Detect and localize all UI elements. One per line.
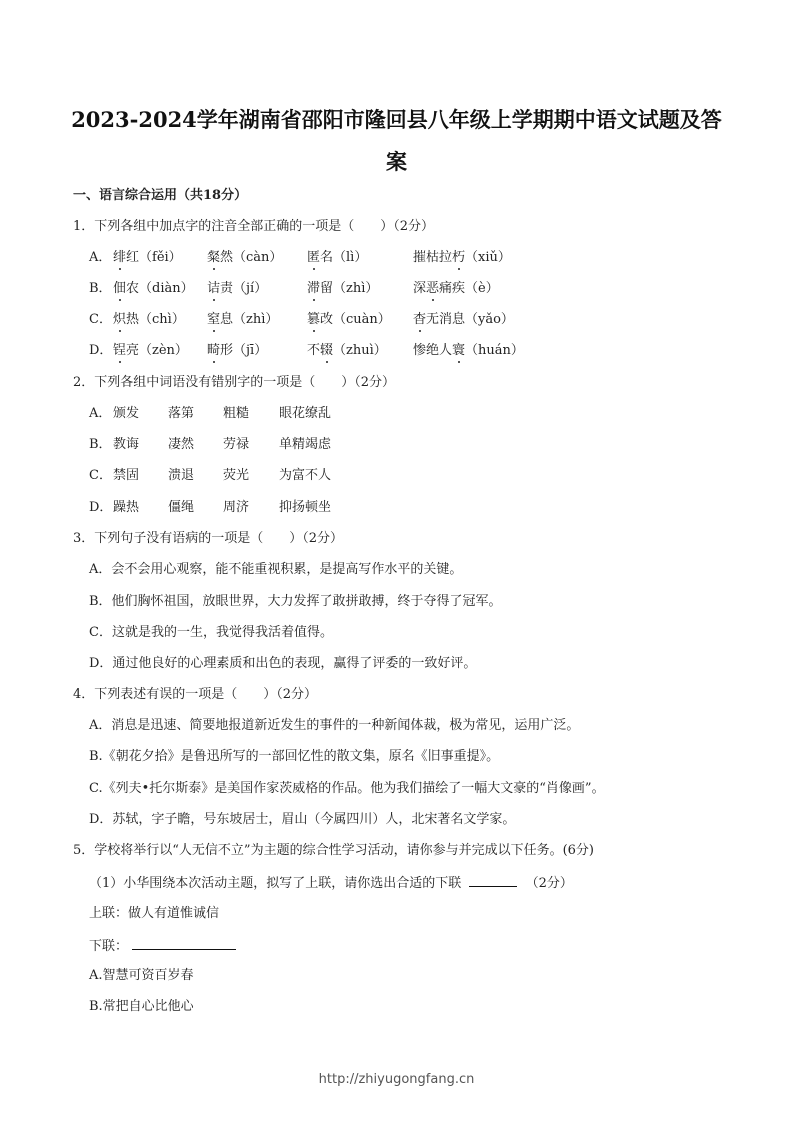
emphasis-dot-char: 朽	[452, 250, 465, 266]
couplet-option-a: A.智慧可资百岁春	[89, 968, 194, 984]
question-1-option-label: D．	[89, 343, 112, 359]
question-1-option-item: 绯红（fěi）	[113, 250, 182, 266]
question-2-option-word: 劳禄	[223, 437, 249, 453]
question-2-option-word: 禁固	[113, 468, 139, 484]
question-1-option-item: 惨绝人寰（huán）	[413, 343, 524, 359]
question-1-option-item: 不辍（zhuì）	[307, 343, 387, 359]
question-1-option-item: 深恶痛疾（è）	[413, 281, 499, 297]
document-title-line2: 案	[0, 146, 793, 176]
question-4-option-a: A．消息是迅速、简要地报道新近发生的事件的一种新闻体裁，极为常见，运用广泛。	[89, 718, 579, 734]
question-2-option-label: A．	[89, 406, 111, 422]
question-1-option-item: 滞留（zhì）	[307, 281, 378, 297]
emphasis-dot-char: 窒	[207, 312, 220, 328]
emphasis-dot-char: 寰	[452, 343, 465, 359]
emphasis-dot-char: 诘	[207, 281, 220, 297]
question-2-option-word: 教诲	[113, 437, 139, 453]
question-1-option-item: 篡改（cuàn）	[307, 312, 391, 328]
upper-couplet: 上联：做人有道惟诚信	[89, 906, 219, 922]
emphasis-dot-char: 恶	[426, 281, 439, 297]
question-3-option-d: D．通过他良好的心理素质和出色的表现，赢得了评委的一致好评。	[89, 656, 476, 672]
emphasis-dot-char: 杳	[413, 312, 426, 328]
question-4-option-d: D．苏轼，字子瞻，号东坡居士，眉山（今属四川）人，北宋著名文学家。	[89, 812, 515, 828]
question-3-stem: 3．下列句子没有语病的一项是（ ）（2分）	[73, 531, 343, 547]
question-5-sub1-text: （1）小华围绕本次活动主题，拟写了上联，请你选出合适的下联	[89, 876, 461, 891]
emphasis-dot-char: 炽	[113, 312, 126, 328]
question-4-option-c: C.《列夫•托尔斯泰》是美国作家茨威格的作品。他为我们描绘了一幅大文豪的“肖像画…	[89, 781, 605, 797]
question-2-option-word: 溃退	[168, 468, 194, 484]
emphasis-dot-char: 滞	[307, 281, 320, 297]
question-2-option-word: 周济	[223, 500, 249, 516]
question-5-stem: 5．学校将举行以“人无信不立”为主题的综合性学习活动，请你参与并完成以下任务。(…	[73, 843, 594, 859]
lower-couplet-label: 下联：	[89, 939, 128, 954]
question-5-sub1: （1）小华围绕本次活动主题，拟写了上联，请你选出合适的下联 （2分）	[89, 874, 573, 892]
question-5-sub1-score: （2分）	[526, 876, 573, 891]
question-2-option-word: 僵绳	[168, 500, 194, 516]
question-1-option-item: 诘责（jí）	[207, 281, 267, 297]
question-4-option-b: B.《朝花夕拾》是鲁迅所写的一部回忆性的散文集，原名《旧事重提》。	[89, 749, 499, 765]
question-3-option-c: C．这就是我的一生，我觉得我活着值得。	[89, 625, 333, 641]
question-2-option-label: C．	[89, 468, 112, 484]
lower-couplet-blank[interactable]	[132, 937, 236, 950]
document-title-line1: 2023-2024学年湖南省邵阳市隆回县八年级上学期期中语文试题及答	[0, 104, 793, 134]
question-1-option-item: 窒息（zhì）	[207, 312, 278, 328]
question-2-option-word: 荧光	[223, 468, 249, 484]
question-2-option-word: 为富不人	[279, 468, 331, 484]
question-2-option-word: 躁热	[113, 500, 139, 516]
couplet-option-b: B.常把自心比他心	[89, 999, 194, 1015]
question-3-option-b: B．他们胸怀祖国，放眼世界，大力发挥了敢拼敢搏，终于夺得了冠军。	[89, 594, 502, 610]
question-1-option-item: 匿名（lì）	[307, 250, 367, 266]
footer-url[interactable]: http://zhiyugongfang.cn	[0, 1072, 793, 1087]
question-1-option-item: 畸形（jī）	[207, 343, 267, 359]
question-1-stem: 1．下列各组中加点字的注音全部正确的一项是（ ）（2分）	[73, 219, 434, 235]
emphasis-dot-char: 佃	[113, 281, 126, 297]
emphasis-dot-char: 粲	[207, 250, 220, 266]
question-2-option-label: B．	[89, 437, 112, 453]
question-2-option-word: 落第	[168, 406, 194, 422]
question-1-option-item: 炽热（chì）	[113, 312, 185, 328]
question-1-option-label: B．	[89, 281, 112, 297]
question-1-option-item: 锃亮（zèn）	[113, 343, 188, 359]
question-2-stem: 2．下列各组中词语没有错别字的一项是（ ）（2分）	[73, 375, 395, 391]
emphasis-dot-char: 辍	[320, 343, 333, 359]
emphasis-dot-char: 畸	[207, 343, 220, 359]
section-heading: 一、语言综合运用（共18分）	[73, 188, 247, 204]
question-1-option-label: C．	[89, 312, 112, 328]
question-3-option-a: A．会不会用心观察，能不能重视积累，是提高写作水平的关键。	[89, 562, 462, 578]
emphasis-dot-char: 匿	[307, 250, 320, 266]
answer-blank[interactable]	[469, 874, 517, 887]
question-2-option-word: 凄然	[168, 437, 194, 453]
question-1-option-item: 杳无消息（yǎo）	[413, 312, 514, 328]
question-2-option-label: D．	[89, 500, 112, 516]
emphasis-dot-char: 锃	[113, 343, 126, 359]
question-2-option-word: 抑扬顿坐	[279, 500, 331, 516]
question-2-option-word: 眼花缭乱	[279, 406, 331, 422]
emphasis-dot-char: 绯	[113, 250, 126, 266]
question-2-option-word: 粗糙	[223, 406, 249, 422]
question-2-option-word: 单精竭虑	[279, 437, 331, 453]
question-1-option-item: 粲然（càn）	[207, 250, 282, 266]
emphasis-dot-char: 篡	[307, 312, 320, 328]
question-1-option-label: A．	[89, 250, 111, 266]
question-1-option-item: 摧枯拉朽（xiǔ）	[413, 250, 511, 266]
lower-couplet: 下联：	[89, 937, 236, 955]
question-1-option-item: 佃农（diàn）	[113, 281, 194, 297]
question-4-stem: 4．下列表述有误的一项是（ ）（2分）	[73, 687, 317, 703]
question-2-option-word: 颁发	[113, 406, 139, 422]
